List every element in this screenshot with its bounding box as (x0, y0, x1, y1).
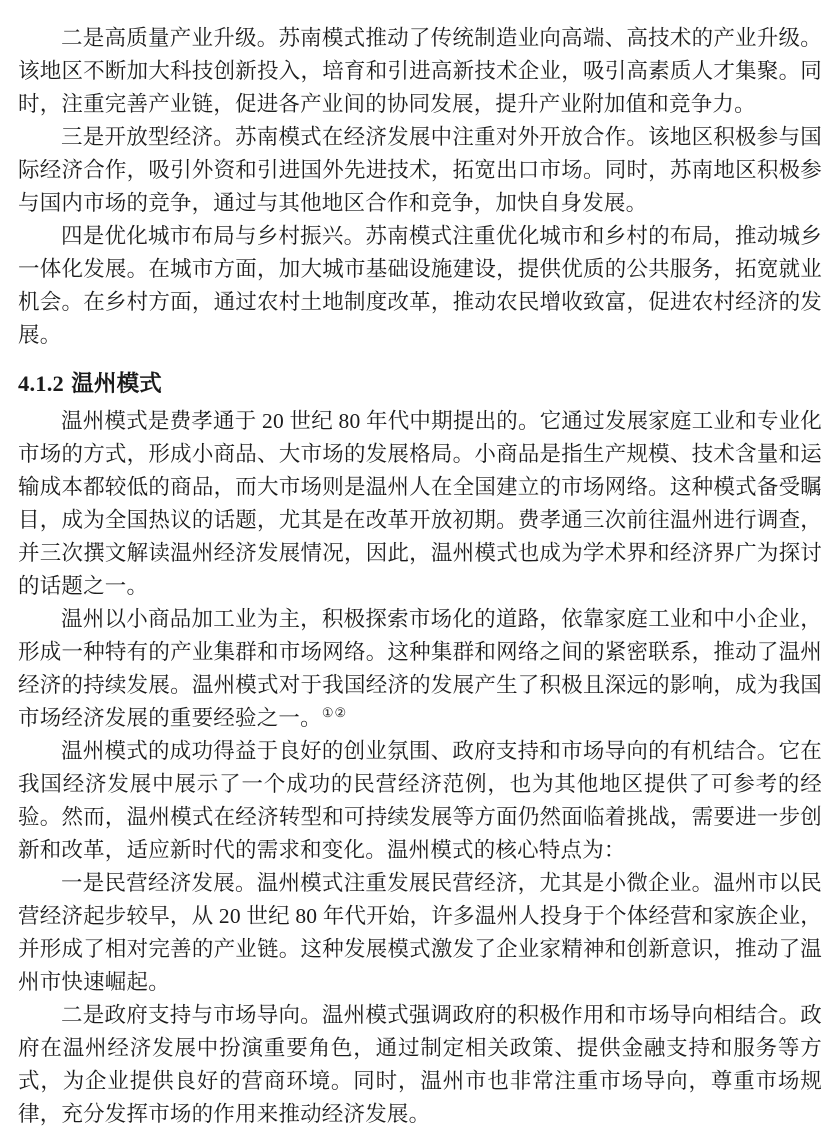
footnote-marker: ①② (322, 705, 347, 720)
body-paragraph-wenzhou-industry-text: 温州以小商品加工业为主，积极探索市场化的道路，依靠家庭工业和中小企业，形成一种特… (18, 607, 822, 730)
section-title: 温州模式 (71, 371, 162, 396)
document-page: 二是高质量产业升级。苏南模式推动了传统制造业向高端、高技术的产业升级。该地区不断… (0, 0, 832, 1126)
body-paragraph-wenzhou-success: 温州模式的成功得益于良好的创业氛围、政府支持和市场导向的有机结合。它在我国经济发… (18, 735, 822, 867)
intro-paragraph-open-economy: 三是开放型经济。苏南模式在经济发展中注重对外开放合作。该地区积极参与国际经济合作… (18, 121, 822, 220)
section-heading-wenzhou-model: 4.1.2温州模式 (18, 365, 822, 403)
body-paragraph-wenzhou-industry: 温州以小商品加工业为主，积极探索市场化的道路，依靠家庭工业和中小企业，形成一种特… (18, 603, 822, 735)
intro-paragraph-urban-rural: 四是优化城市布局与乡村振兴。苏南模式注重优化城市和乡村的布局，推动城乡一体化发展… (18, 220, 822, 352)
intro-paragraph-industry-upgrade: 二是高质量产业升级。苏南模式推动了传统制造业向高端、高技术的产业升级。该地区不断… (18, 22, 822, 121)
body-paragraph-wenzhou-origin: 温州模式是费孝通于 20 世纪 80 年代中期提出的。它通过发展家庭工业和专业化… (18, 405, 822, 603)
section-number: 4.1.2 (18, 371, 64, 396)
body-paragraph-government-market: 二是政府支持与市场导向。温州模式强调政府的积极作用和市场导向相结合。政府在温州经… (18, 999, 822, 1126)
body-paragraph-private-economy: 一是民营经济发展。温州模式注重发展民营经济，尤其是小微企业。温州市以民营经济起步… (18, 867, 822, 999)
